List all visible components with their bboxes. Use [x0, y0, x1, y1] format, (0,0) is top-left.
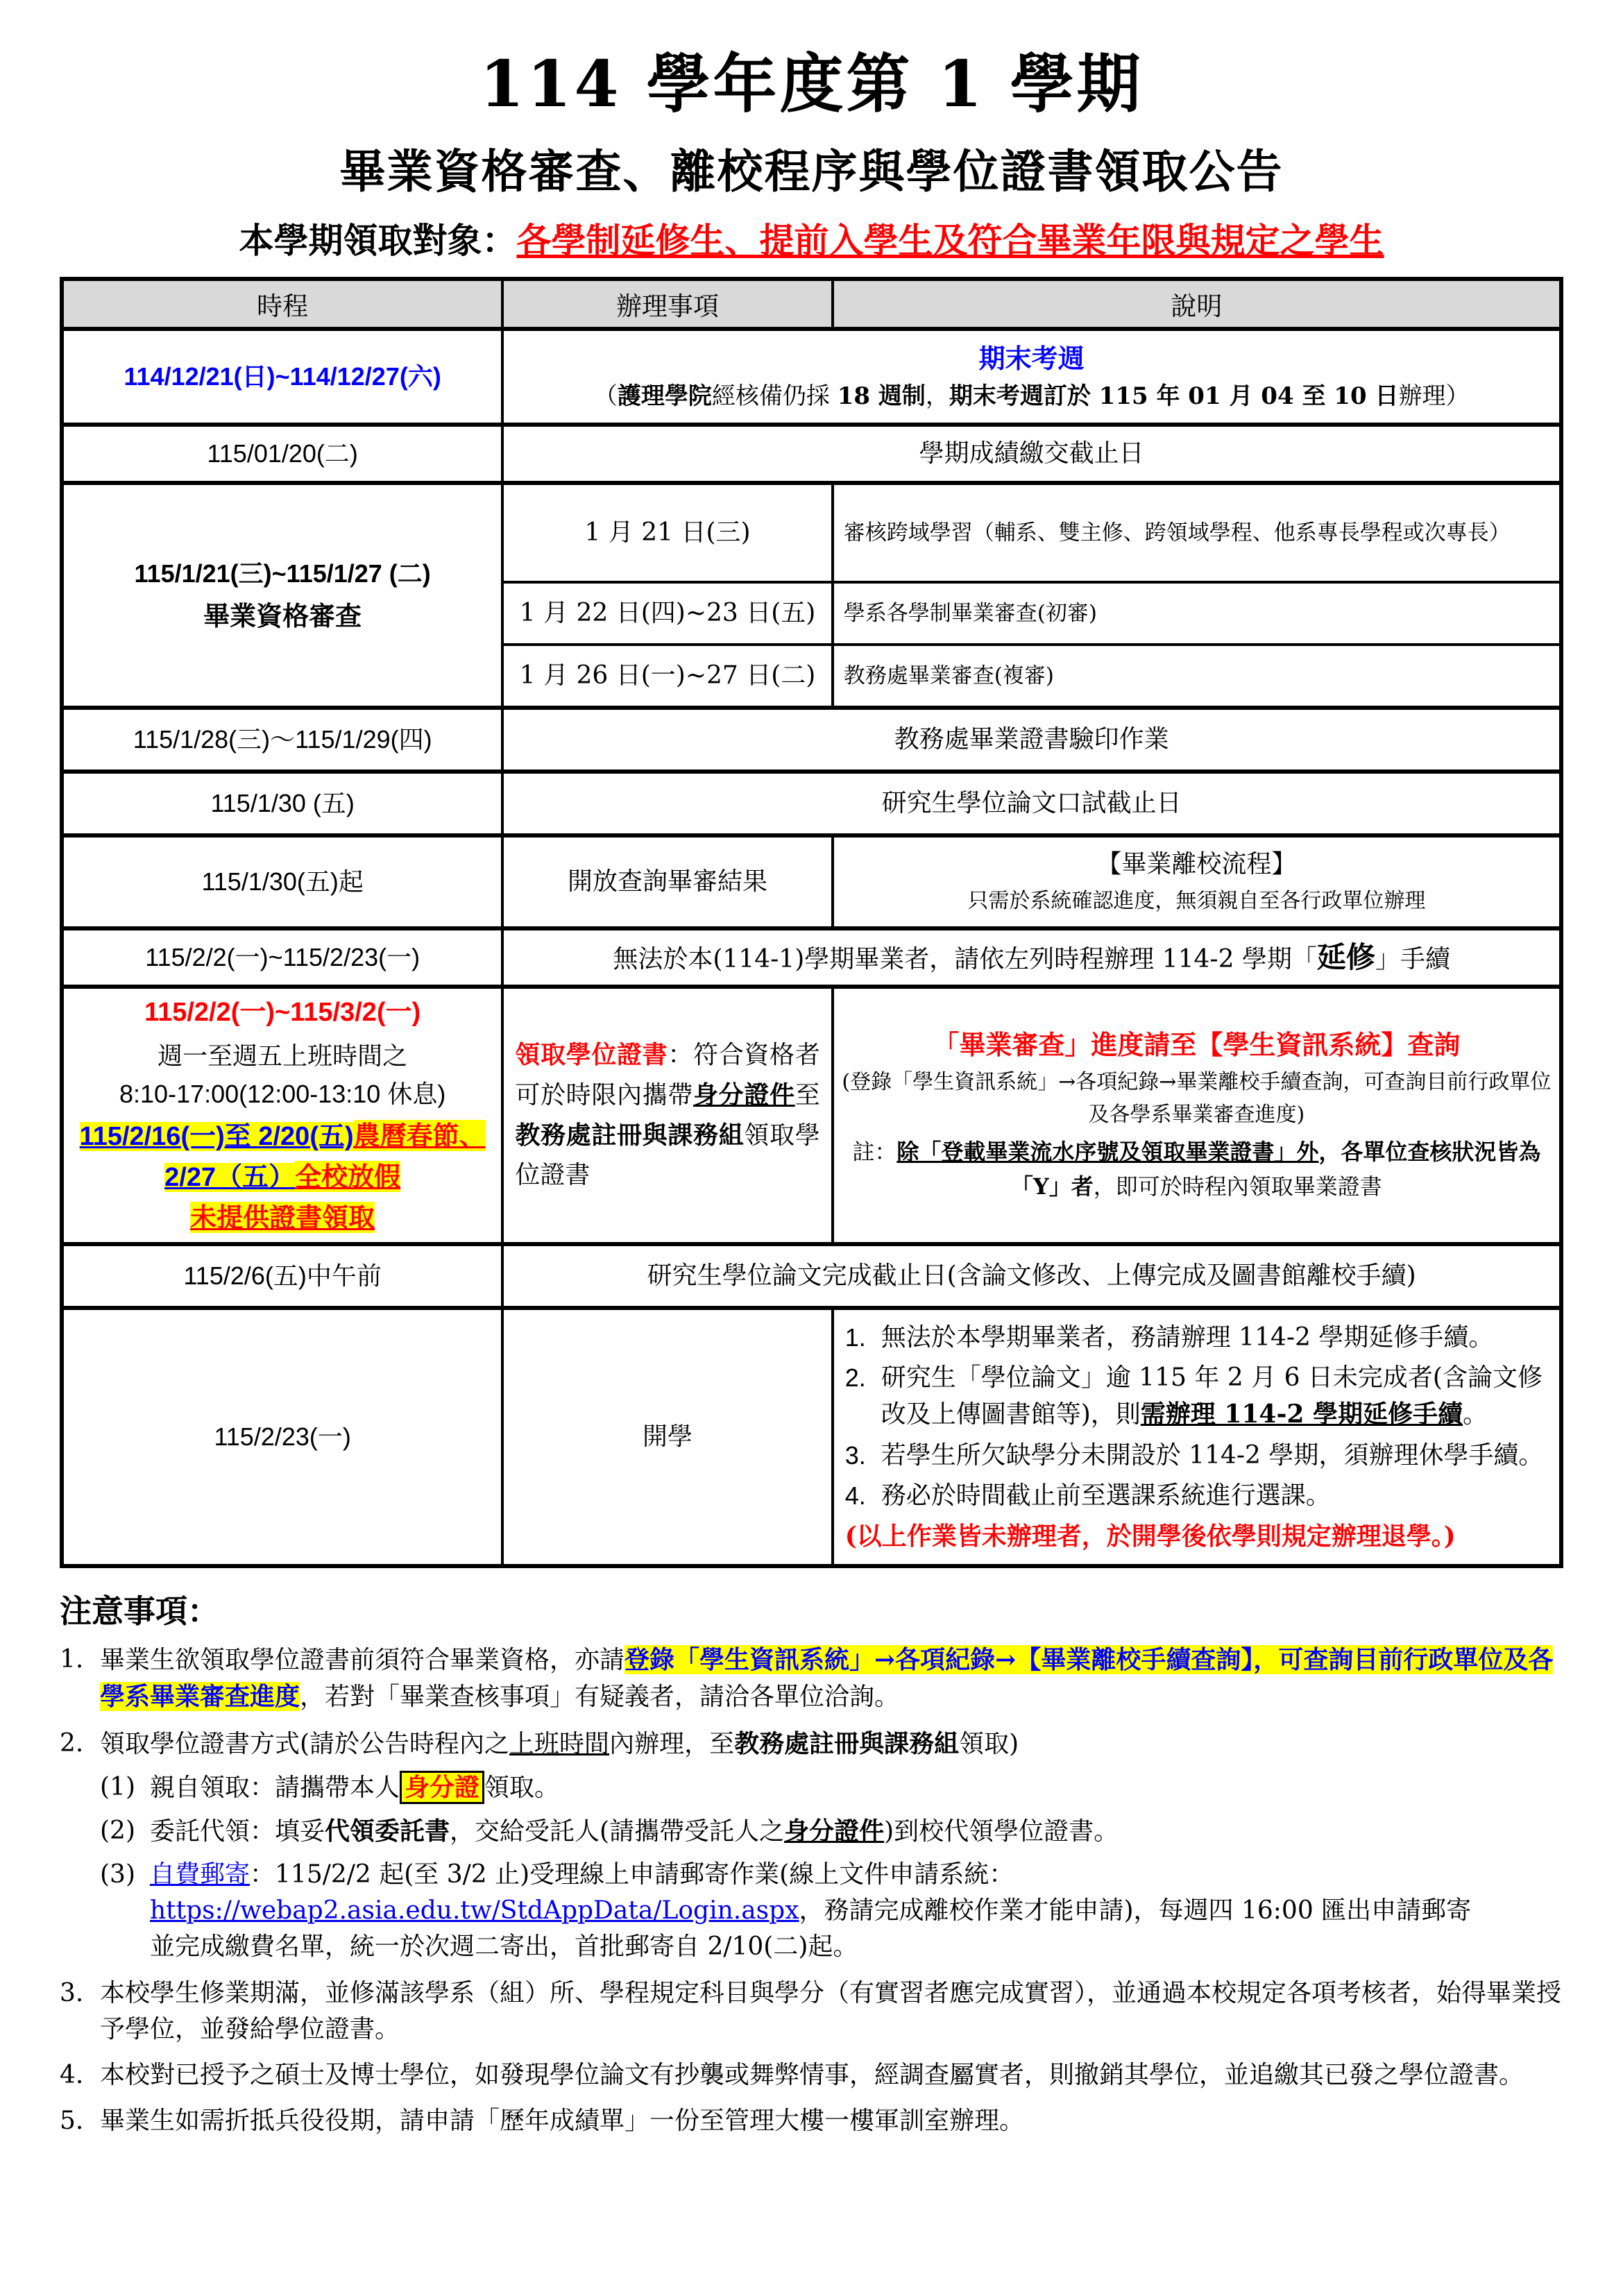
text-run: 代領委託書 [325, 1817, 450, 1846]
description-cell: 【畢業離校流程】 只需於系統確認進度，無須親自至各行政單位辦理 [833, 835, 1561, 928]
leaving-process-heading: 【畢業離校流程】 [841, 848, 1552, 882]
page-title: 114 學年度第 1 學期 [60, 0, 1563, 125]
description-cell: 審核跨域學習（輔系、雙主修、跨領域學程、他系專長學程或次專長） [833, 483, 1561, 582]
list-item: 3. 若學生所欠缺學分未開設於 114-2 學期，須辦理休學手續。 [845, 1438, 1548, 1474]
subnote-pickup-by-proxy: (2) 委託代領：填妥代領委託書，交給受託人(請攜帶受託人之身分證件)到校代領學… [100, 1813, 1563, 1850]
note-item-1: 1. 畢業生欲領取學位證書前須符合畢業資格，亦請登錄「學生資訊系統」→各項紀錄→… [60, 1642, 1563, 1715]
text-run: 經核備仍採 [712, 382, 838, 410]
subnote-text: 親自領取：請攜帶本人身分證領取。 [150, 1769, 1563, 1806]
note-marker: 5. [60, 2103, 100, 2139]
text-run: 18 週制 [838, 382, 926, 410]
schedule-cell: 115/1/30 (五) [62, 772, 502, 835]
pickup-period-date: 115/2/2(一)~115/3/2(一) [71, 993, 494, 1032]
notes-heading: 注意事項： [60, 1586, 1563, 1632]
text-run: 至 [795, 1081, 820, 1109]
note-marker: 2. [60, 1726, 100, 1762]
text-run: 身分證件 [784, 1817, 884, 1846]
text-run: 上班時間 [509, 1730, 609, 1758]
leaving-process-detail: 只需於系統確認進度，無須親自至各行政單位辦理 [841, 887, 1552, 916]
item-text: 無法於本學期畢業者，務請辦理 114-2 學期延修手續。 [881, 1320, 1548, 1356]
description-cell: 教務處畢業審查(複審) [833, 645, 1561, 708]
table-row-extension-notice: 115/2/2(一)~115/2/23(一) 無法於本(114-1)學期畢業者，… [62, 928, 1561, 987]
description-cell: 研究生學位論文口試截止日 [502, 772, 1561, 835]
text-run: 2/27（五） [164, 1163, 295, 1192]
note-marker: 4. [60, 2057, 100, 2093]
column-header-description: 說明 [833, 279, 1561, 329]
table-row-oral-defense-deadline: 115/1/30 (五) 研究生學位論文口試截止日 [62, 772, 1561, 835]
note-2-sublist: (1) 親自領取：請攜帶本人身分證領取。 (2) 委託代領：填妥代領委託書，交給… [100, 1769, 1563, 1966]
mail-application-link[interactable]: https://webap2.asia.edu.tw/StdAppData/Lo… [150, 1896, 799, 1925]
schedule-table: 時程 辦理事項 說明 114/12/21(日)~114/12/27(六) 期末考… [60, 277, 1563, 1568]
text-run: 未提供證書領取 [190, 1202, 375, 1233]
list-item: 4. 務必於時間截止前至選課系統進行選課。 [845, 1478, 1548, 1514]
note-text: 畢業生如需折抵兵役役期，請申請「歷年成績單」一份至管理大樓一樓軍訓室辦理。 [100, 2103, 1563, 2139]
table-row-certificate-pickup: 115/2/2(一)~115/3/2(一) 週一至週五上班時間之 8:10-17… [62, 987, 1561, 1244]
schedule-cell: 115/2/23(一) [62, 1308, 502, 1566]
description-cell: 無法於本(114-1)學期畢業者，請依左列時程辦理 114-2 學期「延修」手續 [502, 928, 1561, 987]
review-period-date: 115/1/21(三)~115/1/27 (二) [71, 557, 494, 591]
expulsion-warning: (以上作業皆未辦理者，於開學後依學則規定辦理退學。) [845, 1518, 1548, 1554]
task-cell: 領取學位證書：符合資格者可於時限內攜帶身分證件至教務處註冊與課務組領取學位證書 [502, 987, 832, 1244]
table-row-final-exam-week: 114/12/21(日)~114/12/27(六) 期末考週 （護理學院經核備仍… [62, 329, 1561, 425]
text-run: 內辦理，至 [609, 1730, 734, 1758]
text-run: 護理學院 [618, 382, 712, 410]
final-exam-week-heading: 期末考週 [511, 341, 1552, 376]
note-text: 本校學生修業期滿，並修滿該學系（組）所、學程規定科目與學分（有實習者應完成實習）… [100, 1975, 1563, 2048]
item-marker: 1. [845, 1320, 881, 1356]
subnote-marker: (2) [100, 1813, 150, 1850]
schedule-cell: 115/2/6(五)中午前 [62, 1244, 502, 1308]
subnote-marker: (1) [100, 1769, 150, 1806]
text-run: 教務處註冊與課務組 [734, 1729, 959, 1758]
column-header-schedule: 時程 [62, 279, 502, 329]
review-progress-note: 註：除「登載畢業流水序號及領取畢業證書」外，各單位查核狀況皆為「Y」者，即可於時… [841, 1135, 1552, 1204]
list-item: 1. 無法於本學期畢業者，務請辦理 114-2 學期延修手續。 [845, 1320, 1548, 1356]
text-run: 畢業生如需折抵兵役役期，請申請「歷年成績單」一份至管理大樓一樓軍訓室辦理。 [100, 2107, 1024, 2135]
text-run: 本校學生修業期滿，並修滿該學系（組）所、學程規定科目與學分（有實習者應完成實習）… [100, 1979, 1561, 2043]
description-cell: 學期成績繳交截止日 [502, 425, 1561, 483]
text-run: 需辦理 114-2 學期延修手續 [1141, 1400, 1463, 1429]
text-run: 辦理） [1398, 382, 1469, 410]
text-run: 務必於時間截止前至選課系統進行選課。 [881, 1481, 1331, 1510]
announcement-document: 114 學年度第 1 學期 畢業資格審查、離校程序與學位證書領取公告 本學期領取… [60, 0, 1563, 2139]
text-run: ，交給受託人(請攜帶受託人之 [450, 1817, 784, 1846]
subnote-text: 委託代領：填妥代領委託書，交給受託人(請攜帶受託人之身分證件)到校代領學位證書。 [150, 1813, 1563, 1850]
audience-value: 各學制延修生、提前入學生及符合畢業年限與規定之學生 [517, 220, 1384, 261]
description-cell: 教務處畢業證書驗印作業 [502, 708, 1561, 772]
text-run: 無法於本學期畢業者，務請辦理 114-2 學期延修手續。 [881, 1323, 1494, 1352]
text-run: ， [926, 382, 949, 410]
note-marker: 1. [60, 1642, 100, 1715]
subnote-marker: (3) [100, 1857, 150, 1966]
item-text: 務必於時間截止前至選課系統進行選課。 [881, 1478, 1548, 1514]
item-marker: 4. [845, 1478, 881, 1514]
item-marker: 3. [845, 1438, 881, 1474]
subnote-pickup-in-person: (1) 親自領取：請攜帶本人身分證領取。 [100, 1769, 1563, 1806]
note-text: 領取學位證書方式(請於公告時程內之上班時間內辦理，至教務處註冊與課務組領取) [100, 1726, 1563, 1762]
text-run: 本校對已授予之碩士及博士學位，如發現學位論文有抄襲或舞弊情事，經調查屬實者，則撤… [100, 2061, 1524, 2089]
list-item: 2. 研究生「學位論文」逾 115 年 2 月 6 日未完成者(含論文修改及上傳… [845, 1360, 1548, 1433]
note-text: 本校對已授予之碩士及博士學位，如發現學位論文有抄襲或舞弊情事，經調查屬實者，則撤… [100, 2057, 1563, 2093]
description-cell: 「畢業審查」進度請至【學生資訊系統】查詢 (登錄「學生資訊系統」→各項紀錄→畢業… [833, 987, 1561, 1244]
text-run: （ [594, 382, 618, 410]
text-run: 教務處註冊與課務組 [515, 1121, 744, 1150]
schedule-cell: 115/1/28(三)～115/1/29(四) [62, 708, 502, 772]
text-run: ，務請完成離校作業才能申請)，每週四 16:00 匯出申請郵寄 [799, 1896, 1472, 1925]
note-marker: 3. [60, 1975, 100, 2048]
table-row-semester-start: 115/2/23(一) 開學 1. 無法於本學期畢業者，務請辦理 114-2 學… [62, 1308, 1561, 1566]
text-run: 委託代領：填妥 [150, 1817, 325, 1846]
text-run: 身分證件 [693, 1080, 795, 1109]
audience-line: 本學期領取對象：各學制延修生、提前入學生及符合畢業年限與規定之學生 [60, 213, 1563, 263]
description-cell: 1. 無法於本學期畢業者，務請辦理 114-2 學期延修手續。 2. 研究生「學… [833, 1308, 1561, 1566]
note-text: 畢業生欲領取學位證書前須符合畢業資格，亦請登錄「學生資訊系統」→各項紀錄→【畢業… [100, 1642, 1563, 1715]
schedule-cell: 114/12/21(日)~114/12/27(六) [62, 329, 502, 425]
text-run: 期末考週訂於 115 年 01 月 04 至 10 日 [949, 382, 1399, 410]
schedule-cell: 115/2/2(一)~115/2/23(一) [62, 928, 502, 987]
text-run: 115/2/16(一)至 2/20(五) [80, 1122, 354, 1151]
text-run: 領取學位證書方式(請於公告時程內之 [100, 1730, 509, 1758]
audience-label: 本學期領取對象： [239, 220, 517, 261]
description-cell: 學系各學制畢業審查(初審) [833, 582, 1561, 645]
task-cell: 1 月 26 日(一)~27 日(二) [502, 645, 832, 708]
text-run: 延修 [1317, 940, 1375, 974]
column-header-task: 辦理事項 [502, 279, 832, 329]
schedule-cell: 115/1/21(三)~115/1/27 (二) 畢業資格審查 [62, 483, 502, 708]
text-run: 農曆春節、 [354, 1120, 486, 1151]
text-run: ，即可於時程內領取畢業證書 [1094, 1173, 1382, 1200]
subnote-pickup-by-mail: (3) 自費郵寄：115/2/2 起(至 3/2 止)受理線上申請郵寄作業(線上… [100, 1857, 1563, 1966]
pickup-hours-line2: 8:10-17:00(12:00-13:10 休息) [71, 1075, 494, 1113]
text-run: 並完成繳費名單，統一於次週二寄出，首批郵寄自 2/10(二)起。 [150, 1932, 858, 1961]
text-run: 畢業生欲領取學位證書前須符合畢業資格，亦請 [100, 1646, 624, 1674]
review-progress-detail: (登錄「學生資訊系統」→各項紀錄→畢業離校手續查詢，可查詢目前行政單位及各學系畢… [841, 1066, 1552, 1131]
text-run: 領取學位證書 [515, 1040, 668, 1069]
schedule-cell: 115/1/30(五)起 [62, 835, 502, 928]
text-run: 領取) [959, 1730, 1019, 1758]
item-text: 研究生「學位論文」逾 115 年 2 月 6 日未完成者(含論文修改及上傳圖書館… [881, 1360, 1548, 1433]
final-exam-week-detail: （護理學院經核備仍採 18 週制，期末考週訂於 115 年 01 月 04 至 … [511, 381, 1552, 413]
pickup-hours-line1: 週一至週五上班時間之 [71, 1038, 494, 1075]
text-run: )到校代領學位證書。 [884, 1817, 1119, 1846]
text-run: 身分證 [400, 1771, 484, 1804]
header-row: 時程 辦理事項 說明 [62, 279, 1561, 329]
item-text: 若學生所欠缺學分未開設於 114-2 學期，須辦理休學手續。 [881, 1438, 1548, 1474]
text-run: 無法於本(114-1)學期畢業者，請依左列時程辦理 114-2 學期「 [613, 945, 1317, 973]
text-run: 除「登載畢業流水序號及領取畢業證書」外 [897, 1139, 1318, 1165]
text-run: ：115/2/2 起(至 3/2 止)受理線上申請郵寄作業(線上文件申請系統： [250, 1860, 1014, 1889]
table-row-grade-deadline: 115/01/20(二) 學期成績繳交截止日 [62, 425, 1561, 483]
text-run: 領取。 [484, 1774, 559, 1802]
table-row-certificate-stamping: 115/1/28(三)～115/1/29(四) 教務處畢業證書驗印作業 [62, 708, 1561, 772]
subnote-text: 自費郵寄：115/2/2 起(至 3/2 止)受理線上申請郵寄作業(線上文件申請… [150, 1857, 1563, 1966]
item-marker: 2. [845, 1360, 881, 1433]
text-run: ，若對「畢業查核事項」有疑義者，請洽各單位洽詢。 [300, 1683, 899, 1711]
text-run: 註： [852, 1139, 897, 1165]
text-run: 親自領取：請攜帶本人 [150, 1774, 400, 1802]
note-item-5: 5. 畢業生如需折抵兵役役期，請申請「歷年成績單」一份至管理大樓一樓軍訓室辦理。 [60, 2103, 1563, 2139]
task-cell: 開放查詢畢審結果 [502, 835, 832, 928]
page-subtitle: 畢業資格審查、離校程序與學位證書領取公告 [60, 135, 1563, 201]
text-run: 自費郵寄 [150, 1860, 250, 1889]
task-cell: 1 月 22 日(四)~23 日(五) [502, 582, 832, 645]
text-run: 。 [1463, 1400, 1488, 1429]
schedule-cell: 115/2/2(一)~115/3/2(一) 週一至週五上班時間之 8:10-17… [62, 987, 502, 1244]
table-row-review-result-query: 115/1/30(五)起 開放查詢畢審結果 【畢業離校流程】 只需於系統確認進度… [62, 835, 1561, 928]
note-item-2: 2. 領取學位證書方式(請於公告時程內之上班時間內辦理，至教務處註冊與課務組領取… [60, 1726, 1563, 1762]
note-item-3: 3. 本校學生修業期滿，並修滿該學系（組）所、學程規定科目與學分（有實習者應完成… [60, 1975, 1563, 2048]
task-cell: 1 月 21 日(三) [502, 483, 832, 582]
description-cell: 期末考週 （護理學院經核備仍採 18 週制，期末考週訂於 115 年 01 月 … [502, 329, 1561, 425]
text-run: 」手續 [1375, 945, 1450, 973]
text-run: 若學生所欠缺學分未開設於 114-2 學期，須辦理休學手續。 [881, 1441, 1544, 1470]
schedule-cell: 115/01/20(二) [62, 425, 502, 483]
holiday-notice: 115/2/16(一)至 2/20(五)農曆春節、2/27（五）全校放假未提供證… [71, 1116, 494, 1238]
table-row-qualification-review-1: 115/1/21(三)~115/1/27 (二) 畢業資格審查 1 月 21 日… [62, 483, 1561, 582]
note-item-4: 4. 本校對已授予之碩士及博士學位，如發現學位論文有抄襲或舞弊情事，經調查屬實者… [60, 2057, 1563, 2093]
text-run: ， [1318, 1139, 1341, 1165]
review-progress-heading: 「畢業審查」進度請至【學生資訊系統】查詢 [841, 1027, 1552, 1062]
description-cell: 研究生學位論文完成截止日(含論文修改、上傳完成及圖書館離校手續) [502, 1244, 1561, 1308]
review-period-label: 畢業資格審查 [71, 598, 494, 633]
text-run: 全校放假 [295, 1161, 400, 1192]
task-cell: 開學 [502, 1308, 832, 1566]
table-row-thesis-completion-deadline: 115/2/6(五)中午前 研究生學位論文完成截止日(含論文修改、上傳完成及圖書… [62, 1244, 1561, 1308]
